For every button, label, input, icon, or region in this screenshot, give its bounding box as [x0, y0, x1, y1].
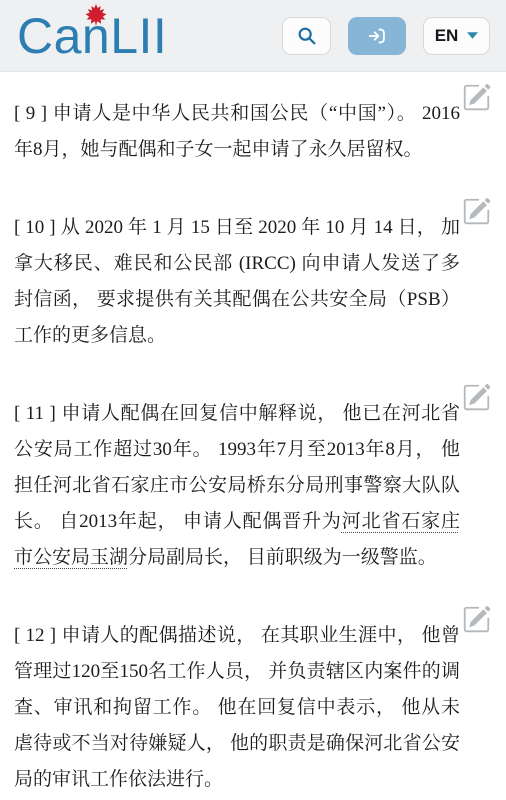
logo-text-lii: LII [110, 11, 167, 61]
sign-in-icon [366, 25, 388, 47]
paragraph-11: [ 11 ]申请人配偶在回复信中解释说， 他已在河北省公安局工作超过30年。 1… [14, 396, 492, 576]
search-icon [296, 25, 318, 47]
header: CanLII EN [0, 0, 506, 72]
maple-leaf-icon [84, 4, 108, 26]
judgment-content: [ 9 ]申请人是中华人民共和国公民（“中国”）。 2016年8月，她与配偶和子… [0, 72, 506, 798]
paragraph-text: 分局副局长， 目前职级为一级警监。 [128, 547, 437, 568]
edit-paragraph-button[interactable] [462, 382, 492, 412]
pencil-square-icon [462, 605, 491, 634]
language-selector[interactable]: EN [423, 17, 490, 55]
paragraph-number: [ 9 ] [14, 103, 47, 124]
canlii-page: CanLII EN [0, 0, 506, 800]
paragraph-12: [ 12 ]申请人的配偶描述说， 在其职业生涯中， 他曾管理过120至150名工… [14, 618, 492, 798]
logo-text-ca: Ca [17, 11, 82, 61]
edit-paragraph-button[interactable] [462, 196, 492, 226]
paragraph-10: [ 10 ]从 2020 年 1 月 15 日至 2020 年 10 月 14 … [14, 210, 492, 354]
paragraph-text: 申请人是中华人民共和国公民（“中国”）。 2016年8月，她与配偶和子女一起申请… [14, 103, 460, 160]
pencil-square-icon [462, 83, 491, 112]
canlii-logo[interactable]: CanLII [17, 11, 167, 61]
paragraph-number: [ 12 ] [14, 625, 56, 646]
paragraph-text: 从 2020 年 1 月 15 日至 2020 年 10 月 14 日， 加拿大… [14, 217, 460, 346]
paragraph-number: [ 10 ] [14, 217, 56, 238]
search-button[interactable] [282, 17, 331, 55]
pencil-square-icon [462, 197, 491, 226]
language-label: EN [435, 26, 459, 46]
login-button[interactable] [348, 17, 406, 55]
paragraph-9: [ 9 ]申请人是中华人民共和国公民（“中国”）。 2016年8月，她与配偶和子… [14, 96, 492, 168]
edit-paragraph-button[interactable] [462, 82, 492, 112]
pencil-square-icon [462, 383, 491, 412]
paragraph-text: 申请人的配偶描述说， 在其职业生涯中， 他曾管理过120至150名工作人员， 并… [14, 625, 460, 790]
paragraph-number: [ 11 ] [14, 403, 56, 424]
caret-down-icon [467, 32, 478, 39]
header-actions: EN [282, 17, 490, 55]
edit-paragraph-button[interactable] [462, 604, 492, 634]
